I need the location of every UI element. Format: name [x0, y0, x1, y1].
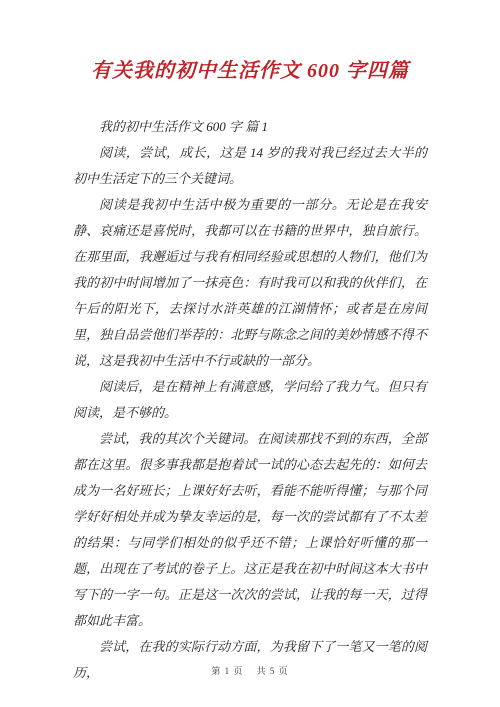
document-page: 有关我的初中生活作文 600 字四篇 我的初中生活作文 600 字 篇 1 阅读… [0, 0, 500, 707]
page-number: 第 1 页 [211, 666, 243, 676]
essay-paragraph: 阅读，尝试，成长，这是 14 岁的我对我已经过去大半的初中生活定下的三个关键词。 [73, 140, 427, 192]
page-footer: 第 1 页 共 5 页 [0, 664, 500, 677]
essay-paragraph: 阅读是我初中生活中极为重要的一部分。无论是在我安静、哀痛还是喜悦时，我都可以在书… [73, 192, 427, 374]
essay-paragraphs: 阅读，尝试，成长，这是 14 岁的我对我已经过去大半的初中生活定下的三个关键词。… [73, 140, 427, 686]
page-title: 有关我的初中生活作文 600 字四篇 [73, 58, 427, 84]
essay-subtitle: 我的初中生活作文 600 字 篇 1 [73, 114, 427, 140]
essay-paragraph: 尝试，我的其次个关键词。在阅读那找不到的东西，全部都在这里。很多事我都是抱着试一… [73, 426, 427, 634]
document-body: 我的初中生活作文 600 字 篇 1 阅读，尝试，成长，这是 14 岁的我对我已… [73, 114, 427, 686]
total-pages: 共 5 页 [257, 666, 289, 676]
essay-paragraph: 阅读后，是在精神上有满意感，学问给了我力气。但只有阅读，是不够的。 [73, 374, 427, 426]
essay-paragraph: 尝试，在我的实际行动方面，为我留下了一笔又一笔的阅历， [73, 634, 427, 686]
